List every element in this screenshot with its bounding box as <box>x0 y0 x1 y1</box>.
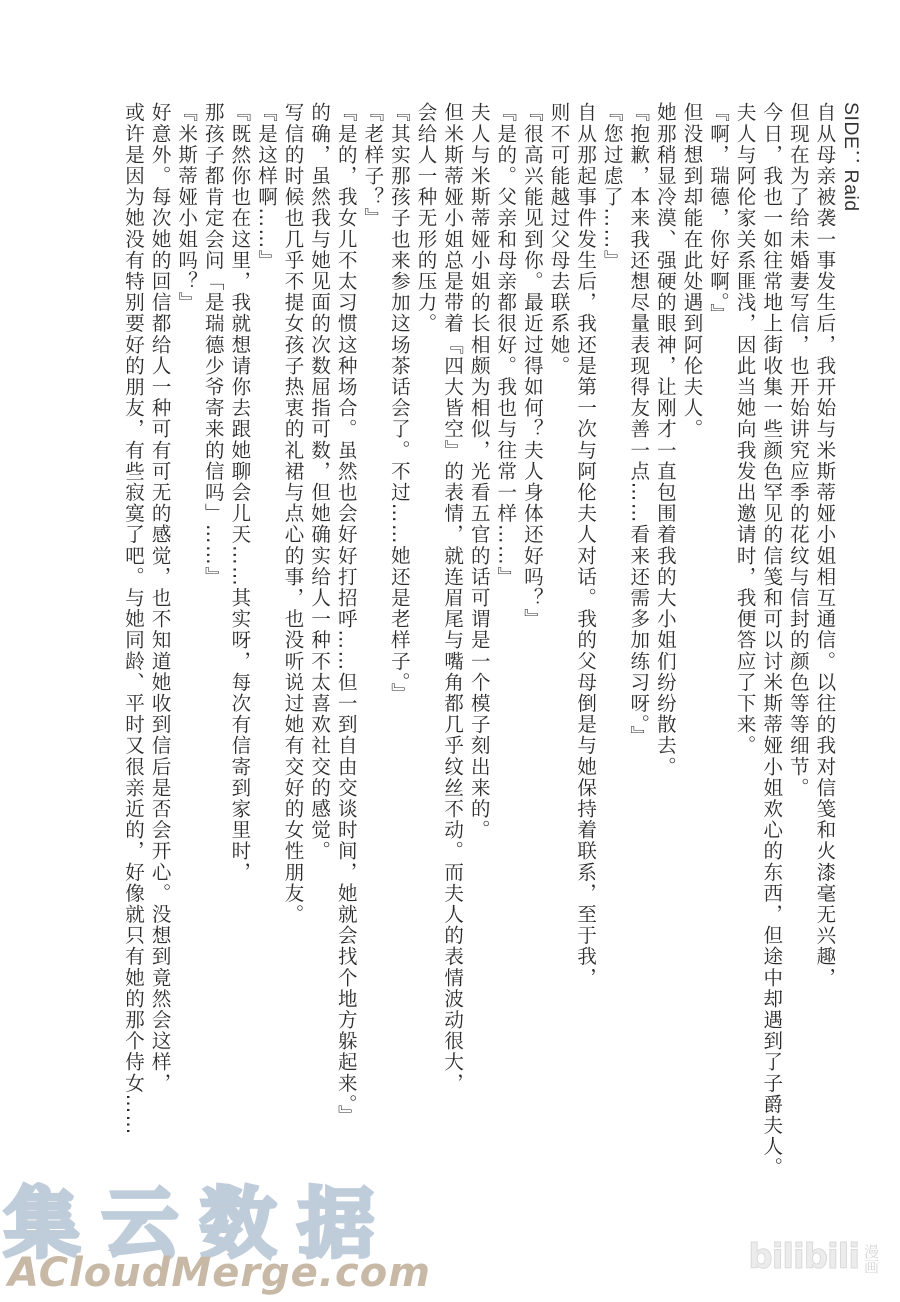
dialogue-column: 『其实那孩子也来参加这场茶话会了。不过……她还是老样子。』 <box>385 102 412 1202</box>
text-column: 好意外。每次她的回信都给人一种可有可无的感觉，也不知道她收到信后是否会开心。没想… <box>146 102 173 1202</box>
text-column: 但现在为了给未婚妻写信，也开始讲究应季的花纹与信封的颜色等等细节。 <box>784 102 811 1202</box>
text-column: 写信的时候也几乎不提女孩子热衷的礼裙与点心的事，也没听说过她有交好的女性朋友。 <box>279 102 306 1202</box>
dialogue-column: 『啊，瑞德，你好啊。』 <box>704 102 731 1202</box>
dialogue-column: 『老样子？』 <box>359 102 386 1202</box>
dialogue-column: 那孩子都肯定会问「是瑞德少爷寄来的信吗」……』 <box>199 102 226 1202</box>
text-column: 自从母亲被袭一事发生后，我开始与米斯蒂娅小姐相互通信。以往的我对信笺和火漆毫无兴… <box>811 102 838 1202</box>
text-column: 的确，虽然我与她见面的次数屈指可数，但她确实给人一种不太喜欢社交的感觉。 <box>306 102 333 1202</box>
text-column: 今日，我也一如往常地上街收集一些颜色罕见的信笺和可以讨米斯蒂娅小姐欢心的东西，但… <box>758 102 785 1202</box>
bilibili-manga-logo: bilibili 漫画 <box>748 1240 878 1274</box>
aggregator-watermark-en: ACloudMerge.com <box>8 1250 431 1296</box>
dialogue-column: 『是这样啊……』 <box>252 102 279 1202</box>
chapter-heading: SIDE：Raid <box>837 102 864 1202</box>
vertical-text-body: SIDE：Raid 自从母亲被袭一事发生后，我开始与米斯蒂娅小姐相互通信。以往的… <box>119 102 864 1202</box>
text-column: 但米斯蒂娅小姐总是带着『四大皆空』的表情，就连眉尾与嘴角都几乎纹丝不动。而夫人的… <box>439 102 466 1202</box>
text-column: 或许是因为她没有特别要好的朋友，有些寂寞了吧。与她同龄、平时又很亲近的，好像就只… <box>119 102 146 1202</box>
text-column: 夫人与阿伦家关系匪浅，因此当她向我发出邀请时，我便答应了下来。 <box>731 102 758 1202</box>
text-column: 会给人一种无形的压力。 <box>412 102 439 1202</box>
dialogue-column: 『您过虑了……』 <box>598 102 625 1202</box>
novel-page: SIDE：Raid 自从母亲被袭一事发生后，我开始与米斯蒂娅小姐相互通信。以往的… <box>0 0 900 1302</box>
manhua-label: 漫画 <box>863 1244 878 1274</box>
bilibili-logo-text: bilibili <box>748 1240 859 1274</box>
text-column: 自从那起事件发生后，我还是第一次与阿伦夫人对话。我的父母倒是与她保持着联系，至于… <box>571 102 598 1202</box>
text-column: 但没想到却能在此处遇到阿伦夫人。 <box>678 102 705 1202</box>
dialogue-column: 『很高兴能见到你。最近过得如何？夫人身体还好吗？』 <box>518 102 545 1202</box>
dialogue-column: 『抱歉，本来我还想尽量表现得友善一点……看来还需多加练习呀。』 <box>625 102 652 1202</box>
text-column: 她那稍显冷漠、强硬的眼神，让刚才一直包围着我的大小姐们纷纷散去。 <box>651 102 678 1202</box>
dialogue-column: 『米斯蒂娅小姐吗？』 <box>173 102 200 1202</box>
dialogue-column: 『是的。父亲和母亲都很好。我也与往常一样……』 <box>492 102 519 1202</box>
dialogue-column: 『是的，我女儿不太习惯这种场合。虽然也会好好打招呼……但一到自由交谈时间，她就会… <box>332 102 359 1202</box>
text-column: 夫人与米斯蒂娅小姐的长相颇为相似，光看五官的话可谓是一个模子刻出来的。 <box>465 102 492 1202</box>
text-column: 则不可能越过父母去联系她。 <box>545 102 572 1202</box>
dialogue-column: 『既然你也在这里，我就想请你去跟她聊会儿天……其实呀，每次有信寄到家里时， <box>226 102 253 1202</box>
